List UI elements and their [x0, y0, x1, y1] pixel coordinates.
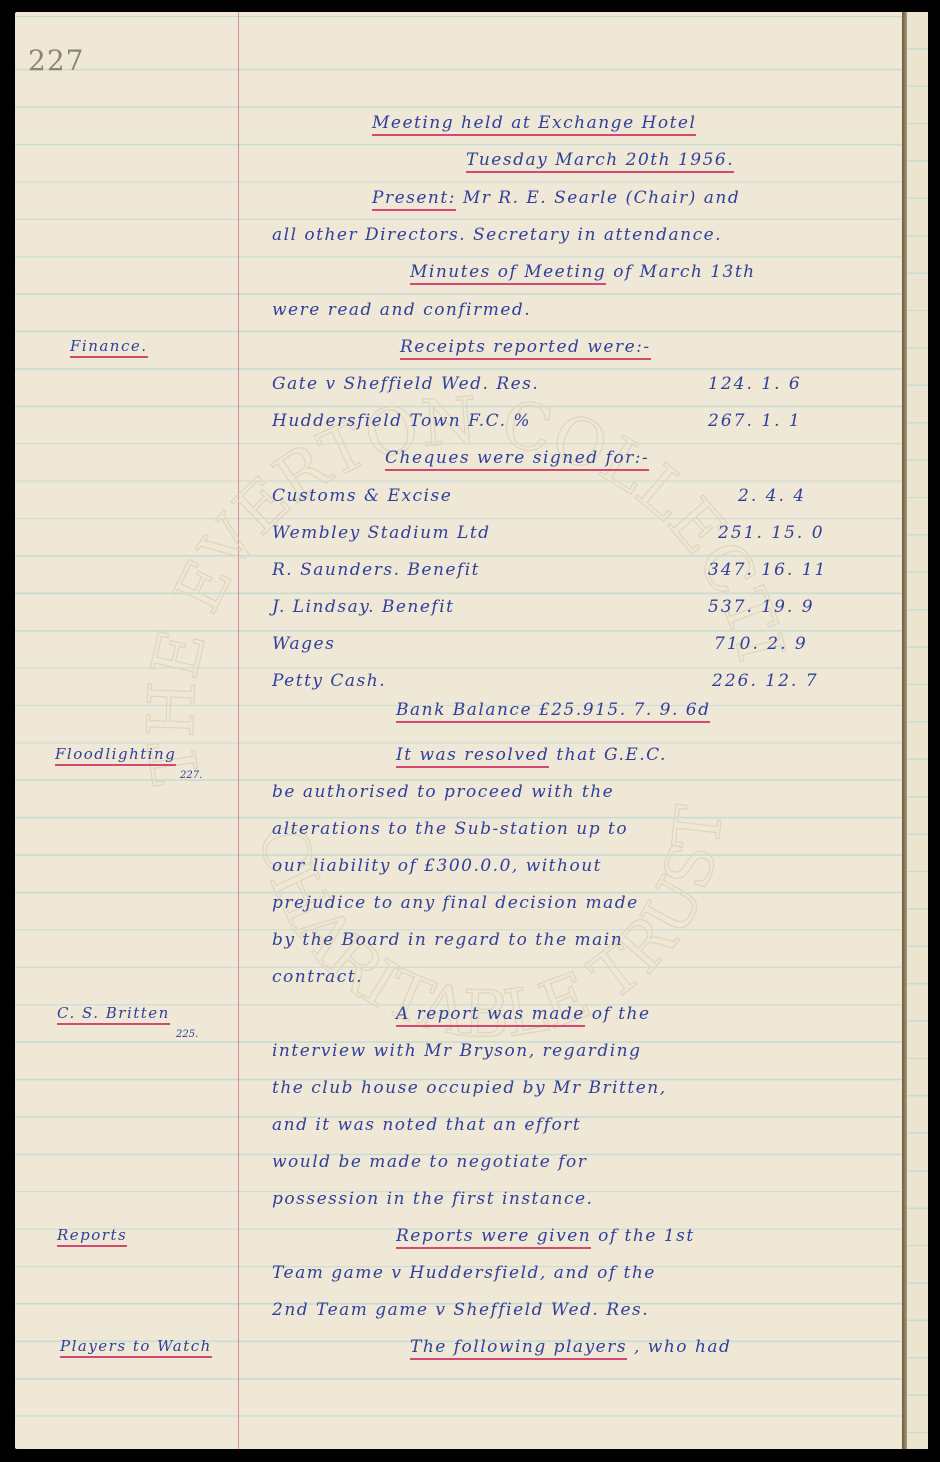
- section-heading-finance: Finance.: [70, 337, 148, 358]
- receipts-label: Receipts reported were:-: [400, 337, 651, 360]
- floodlighting-line: be authorised to proceed with the: [272, 782, 614, 802]
- page-number: 227: [28, 44, 84, 77]
- cheque-item: R. Saunders. Benefit: [272, 560, 480, 580]
- meeting-title: Meeting held at Exchange Hotel: [372, 113, 696, 136]
- players-first-line: The following players , who had: [410, 1337, 731, 1357]
- section-heading-players: Players to Watch: [60, 1337, 212, 1358]
- receipt-amount: 124. 1. 6: [708, 374, 802, 394]
- britten-ref: 225.: [176, 1029, 198, 1040]
- present-label: Present:: [372, 188, 456, 211]
- cheque-amount: 710. 2. 9: [714, 634, 808, 654]
- floodlighting-line: our liability of £300.0.0, without: [272, 856, 602, 876]
- cheque-item: Customs & Excise: [272, 486, 452, 506]
- floodlighting-lead: It was resolved: [396, 745, 549, 768]
- adjacent-page-edge: [907, 12, 928, 1449]
- cheque-amount: 2. 4. 4: [738, 486, 806, 506]
- minutes-continuation: were read and confirmed.: [272, 300, 531, 320]
- floodlighting-line: alterations to the Sub-station up to: [272, 819, 628, 839]
- cheque-item: Wembley Stadium Ltd: [272, 523, 491, 543]
- reports-line: Team game v Huddersfield, and of the: [272, 1263, 656, 1283]
- cheque-item: Petty Cash.: [272, 671, 386, 691]
- britten-line: and it was noted that an effort: [272, 1115, 581, 1135]
- cheque-amount: 537. 19. 9: [708, 597, 815, 617]
- britten-line: interview with Mr Bryson, regarding: [272, 1041, 642, 1061]
- minutes-text: of March 13th: [613, 262, 755, 282]
- reports-line: of the 1st: [598, 1226, 695, 1246]
- floodlighting-line: by the Board in regard to the main: [272, 930, 623, 950]
- bank-balance: Bank Balance £25.915. 7. 9. 6d: [396, 700, 710, 723]
- present-text: Mr R. E. Searle (Chair) and: [463, 188, 740, 208]
- britten-lead: A report was made: [396, 1004, 585, 1027]
- present-line: Present: Mr R. E. Searle (Chair) and: [372, 188, 740, 208]
- reports-line: 2nd Team game v Sheffield Wed. Res.: [272, 1300, 649, 1320]
- receipt-amount: 267. 1. 1: [708, 411, 802, 431]
- cheque-item: J. Lindsay. Benefit: [272, 597, 455, 617]
- minutes-line: Minutes of Meeting of March 13th: [410, 262, 756, 282]
- section-heading-britten: C. S. Britten: [57, 1004, 170, 1025]
- cheque-amount: 347. 16. 11: [708, 560, 827, 580]
- britten-line: the club house occupied by Mr Britten,: [272, 1078, 667, 1098]
- reports-lead: Reports were given: [396, 1226, 591, 1249]
- britten-line: possession in the first instance.: [272, 1189, 593, 1209]
- floodlighting-line: prejudice to any final decision made: [272, 893, 639, 913]
- minutes-label: Minutes of Meeting: [410, 262, 606, 285]
- cheques-label: Cheques were signed for:-: [385, 448, 649, 471]
- britten-first-line: A report was made of the: [396, 1004, 651, 1024]
- cheque-amount: 226. 12. 7: [712, 671, 819, 691]
- floodlighting-line: that G.E.C.: [556, 745, 667, 765]
- section-heading-floodlighting: Floodlighting: [55, 745, 176, 766]
- floodlighting-line: contract.: [272, 967, 363, 987]
- britten-line: would be made to negotiate for: [272, 1152, 587, 1172]
- britten-line: of the: [592, 1004, 651, 1024]
- receipt-item: Huddersfield Town F.C. %: [272, 411, 531, 431]
- meeting-date: Tuesday March 20th 1956.: [466, 150, 734, 173]
- margin-rule: [238, 12, 239, 1449]
- receipt-item: Gate v Sheffield Wed. Res.: [272, 374, 539, 394]
- players-lead: The following players: [410, 1337, 627, 1360]
- cheque-amount: 251. 15. 0: [718, 523, 825, 543]
- section-heading-reports: Reports: [57, 1226, 127, 1247]
- players-line: , who had: [634, 1337, 731, 1357]
- present-continuation: all other Directors. Secretary in attend…: [272, 225, 722, 245]
- floodlighting-ref: 227.: [180, 770, 202, 781]
- floodlighting-first-line: It was resolved that G.E.C.: [396, 745, 667, 765]
- cheque-item: Wages: [272, 634, 335, 654]
- reports-first-line: Reports were given of the 1st: [396, 1226, 695, 1246]
